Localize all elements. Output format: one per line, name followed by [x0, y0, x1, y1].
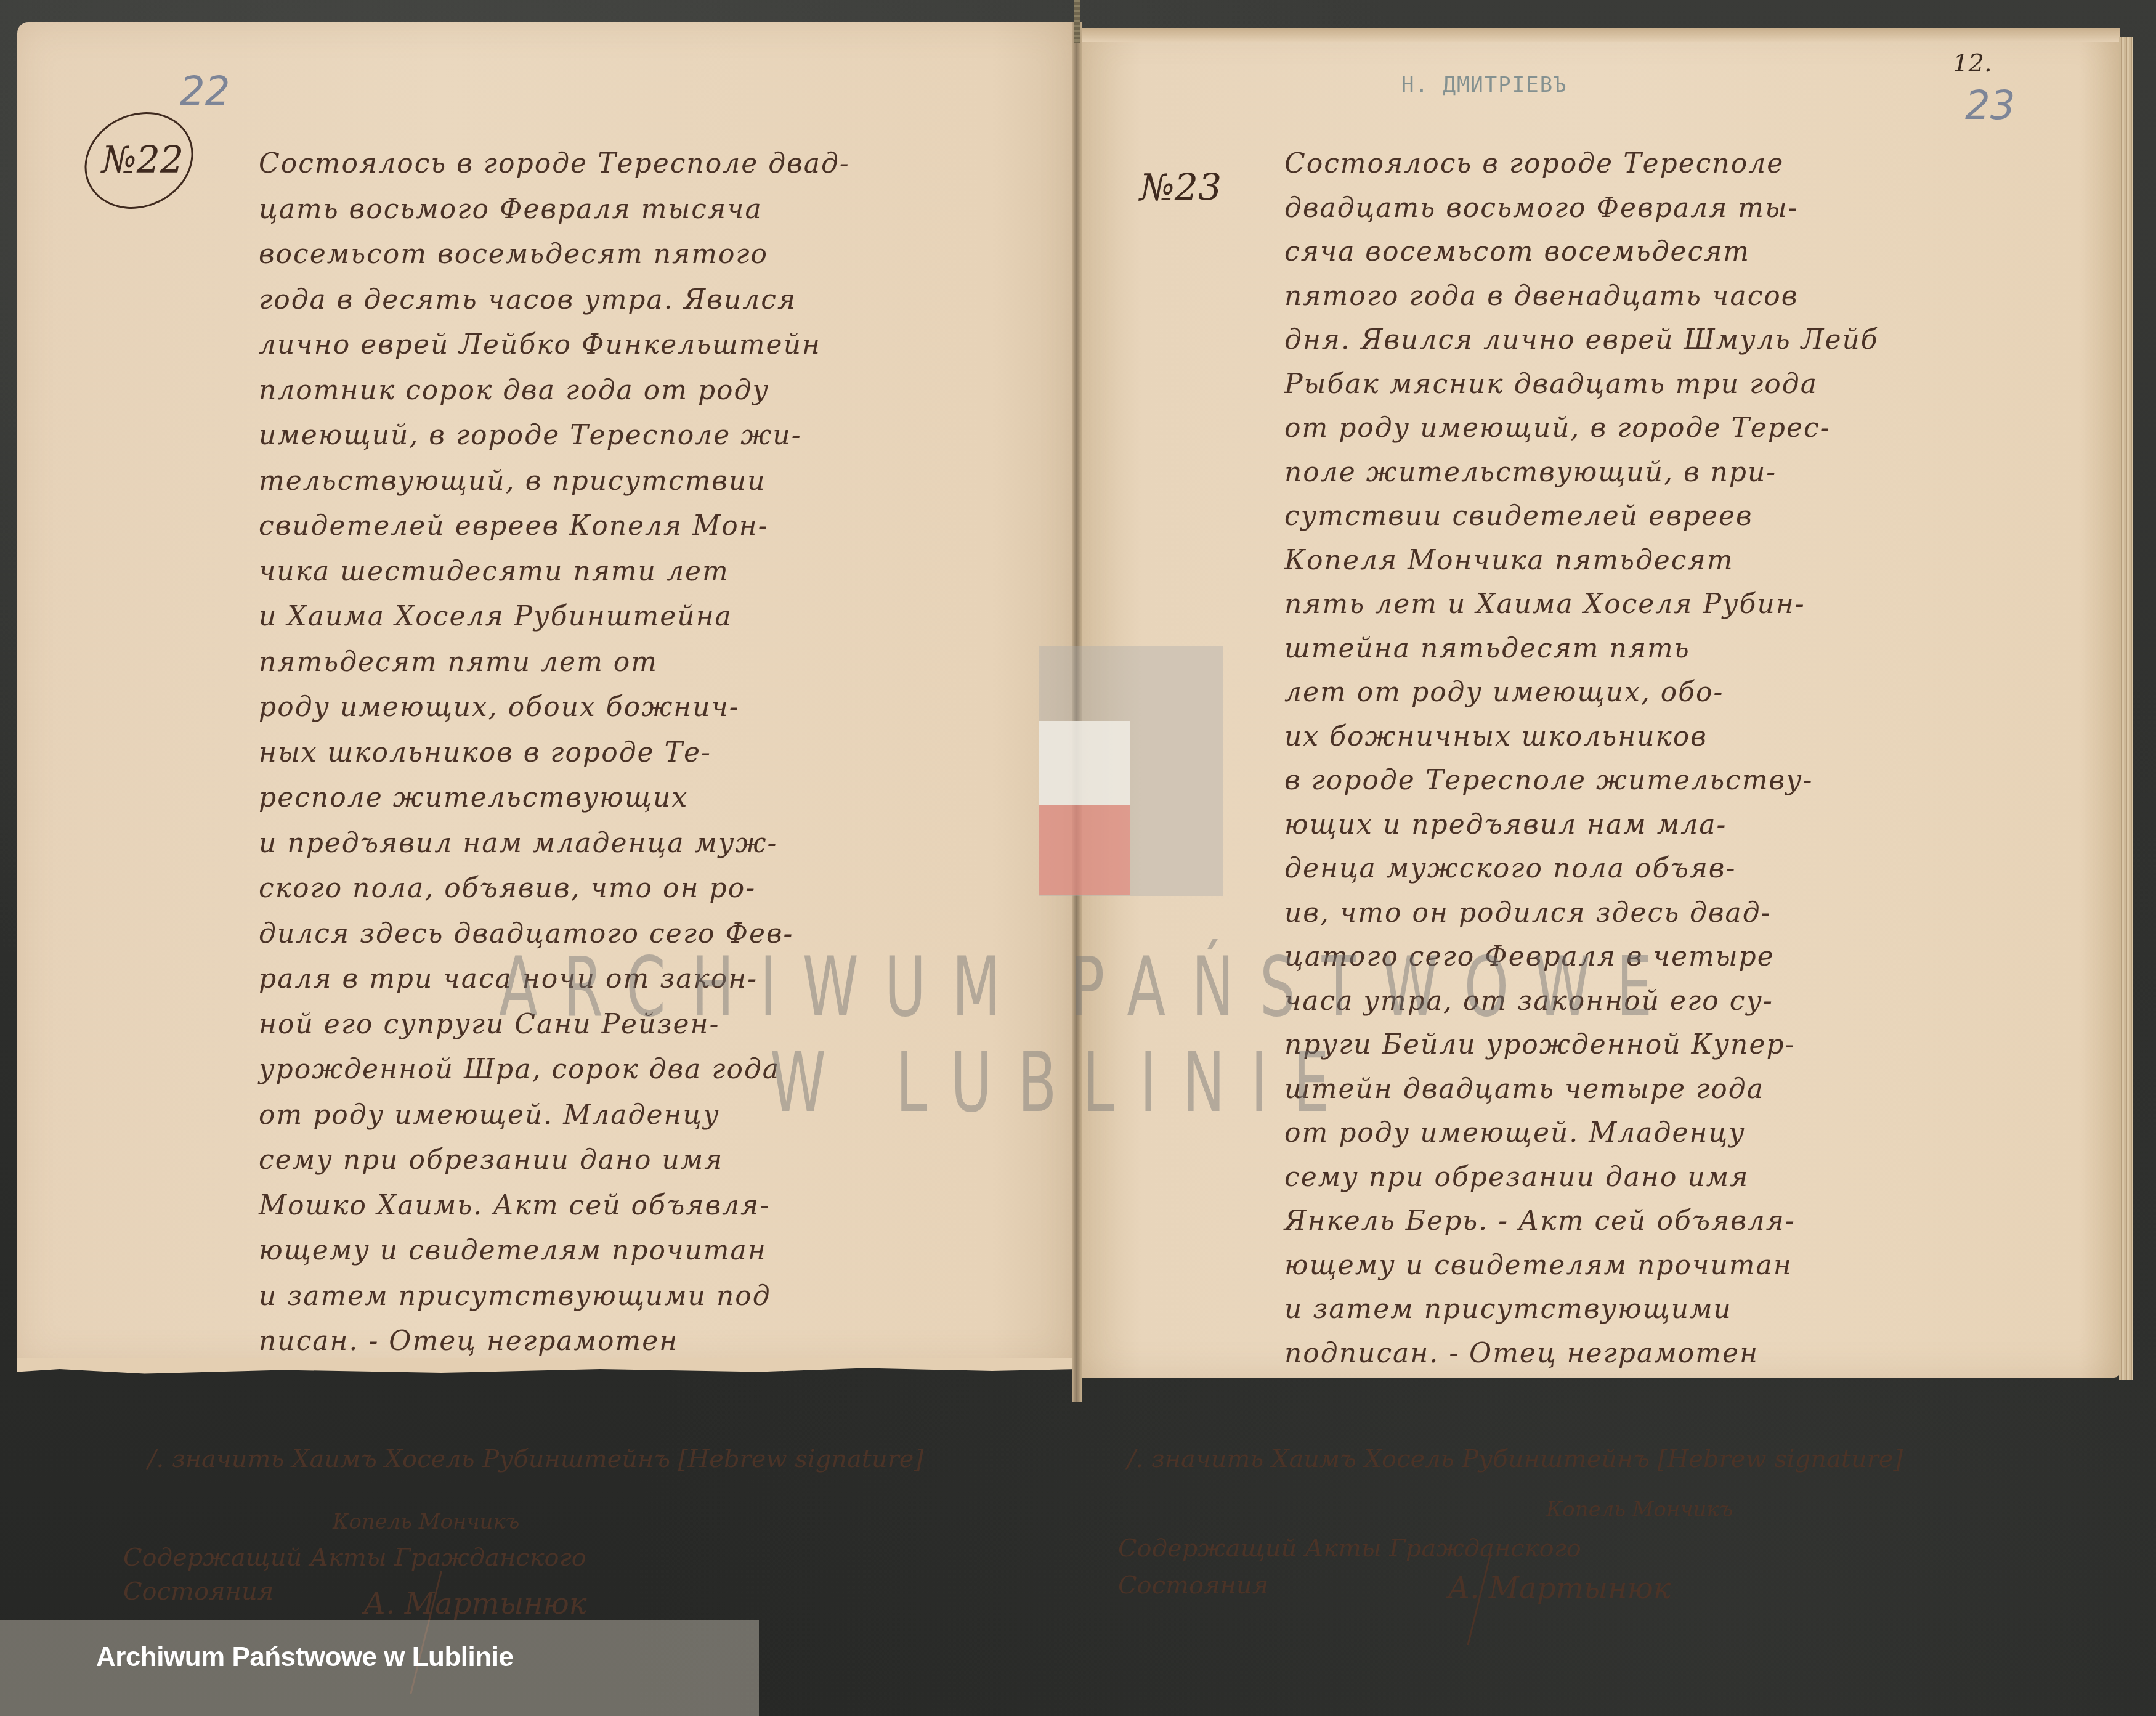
right-official-title-2: Состояния [1118, 1571, 1268, 1600]
handwritten-line: ского пола, объявив, что он ро- [259, 872, 756, 909]
watermark-text-line2: W LUBLINIE [770, 1035, 1355, 1131]
watermark-red-flag-stripe [1039, 805, 1130, 895]
archive-banner-label: Archiwum Państwowe w Lublinie [96, 1642, 513, 1673]
handwritten-line: роду имеющих, обоих божнич- [259, 691, 740, 728]
handwritten-line: сему при обрезании дано имя [259, 1144, 723, 1181]
handwritten-line: ющих и предъявил нам мла- [1284, 809, 1727, 846]
handwritten-line: года в десять часов утра. Явился [259, 284, 796, 321]
handwritten-line: сяча восемьсот восемьдесят [1284, 236, 1750, 273]
handwritten-line: Рыбак мясник двадцать три года [1284, 368, 1818, 405]
handwritten-line: чика шестидесяти пяти лет [259, 556, 729, 593]
handwritten-line: ющему и свидетелям прочитан [1284, 1250, 1793, 1287]
handwritten-line: денца мужского пола объяв- [1284, 853, 1736, 890]
handwritten-line: урожденной Шра, сорок два года [259, 1054, 780, 1091]
handwritten-line: пятого года в двенадцать часов [1284, 280, 1798, 317]
handwritten-line: от роду имеющий, в городе Терес- [1284, 412, 1831, 449]
handwritten-line: и затем присутствующими [1284, 1293, 1732, 1330]
handwritten-line: в городе Тересполе жительству- [1284, 765, 1813, 802]
right-witness-signature: Копель Мончикъ [1546, 1497, 1733, 1522]
handwritten-line: пять лет и Хаима Хоселя Рубин- [1284, 588, 1805, 625]
left-official-title-2: Состояния [123, 1577, 274, 1606]
handwritten-line: подписан. - Отец неграмотен [1284, 1338, 1759, 1375]
handwritten-line: дня. Явился лично еврей Шмуль Лейб [1284, 324, 1879, 361]
handwritten-line: двадцать восьмого Февраля ты- [1284, 192, 1799, 229]
handwritten-line: тельствующий, в присутствии [259, 465, 766, 502]
handwritten-line: сутствии свидетелей евреев [1284, 500, 1753, 537]
right-entry-number: №23 [1140, 166, 1222, 209]
left-witness-signature: Копель Мончикъ [333, 1510, 519, 1534]
page-stack-edge [2119, 37, 2133, 1380]
handwritten-line: и затем присутствующими под [259, 1280, 771, 1317]
handwritten-line: плотник сорок два года от роду [259, 375, 769, 412]
handwritten-line: штейна пятьдесят пять [1284, 633, 1690, 670]
page-top-edge [1079, 28, 2120, 42]
handwritten-line: восемьсот восемьдесят пятого [259, 238, 768, 275]
handwritten-line: и Хаима Хоселя Рубинштейна [259, 601, 732, 638]
right-pencil-page-number: 23 [1965, 83, 2015, 129]
left-official-signature: А. Мартынюк [363, 1587, 587, 1621]
left-official-title: Содержащий Акты Гражданского [123, 1543, 586, 1572]
right-ink-folio-number: 12. [1953, 49, 1992, 78]
handwritten-line: от роду имеющей. Младенцу [259, 1099, 720, 1136]
handwritten-line: ив, что он родился здесь двад- [1284, 897, 1772, 934]
handwritten-line: штейн двадцать четыре года [1284, 1073, 1764, 1110]
handwritten-line: и предъявил нам младенца муж- [259, 828, 777, 864]
right-signature-note: /. значить Хаимъ Хосель Рубинштейнъ [Heb… [1127, 1445, 1903, 1473]
handwritten-line: сему при обрезании дано имя [1284, 1161, 1749, 1198]
handwritten-line: цать восьмого Февраля тысяча [259, 193, 763, 230]
handwritten-line: ных школьников в городе Те- [259, 737, 711, 774]
watermark-white-flag-stripe [1039, 721, 1130, 805]
handwritten-line: лично еврей Лейбко Финкельштейн [259, 329, 821, 366]
left-signature-note: /. значить Хаимъ Хосель Рубинштейнъ [Heb… [148, 1445, 923, 1473]
handwritten-line: Янкель Берь. - Акт сей объявля- [1284, 1205, 1796, 1242]
handwritten-line: респоле жительствующих [259, 782, 688, 819]
handwritten-line: Мошко Хаимь. Акт сей объявля- [259, 1190, 770, 1227]
archive-watermark-logo [1039, 646, 1223, 896]
handwritten-line: Состоялось в городе Тересполе [1284, 148, 1784, 185]
ownership-stamp: Н. ДМИТРІЕВЪ [1401, 73, 1568, 97]
handwritten-line: их божничных школьников [1284, 721, 1708, 758]
handwritten-line: Состоялось в городе Тересполе двад- [259, 148, 850, 185]
binding-thread [1074, 0, 1080, 43]
handwritten-line: ющему и свидетелям прочитан [259, 1235, 767, 1272]
right-official-title: Содержащий Акты Гражданского [1118, 1534, 1581, 1563]
handwritten-line: лет от роду имеющих, обо- [1284, 677, 1724, 714]
handwritten-line: писан. - Отец неграмотен [259, 1325, 678, 1362]
handwritten-line: имеющий, в городе Тересполе жи- [259, 420, 802, 457]
watermark-text-line1: ARCHIWUM PAŃSTWOWE [499, 940, 1678, 1035]
left-pencil-page-number: 22 [180, 69, 230, 115]
handwritten-line: поле жительствующий, в при- [1284, 457, 1777, 494]
left-entry-number: №22 [102, 139, 184, 182]
handwritten-line: Копеля Мончика пятьдесят [1284, 545, 1733, 582]
handwritten-line: свидетелей евреев Копеля Мон- [259, 510, 769, 547]
handwritten-line: пятьдесят пяти лет от [259, 646, 658, 683]
